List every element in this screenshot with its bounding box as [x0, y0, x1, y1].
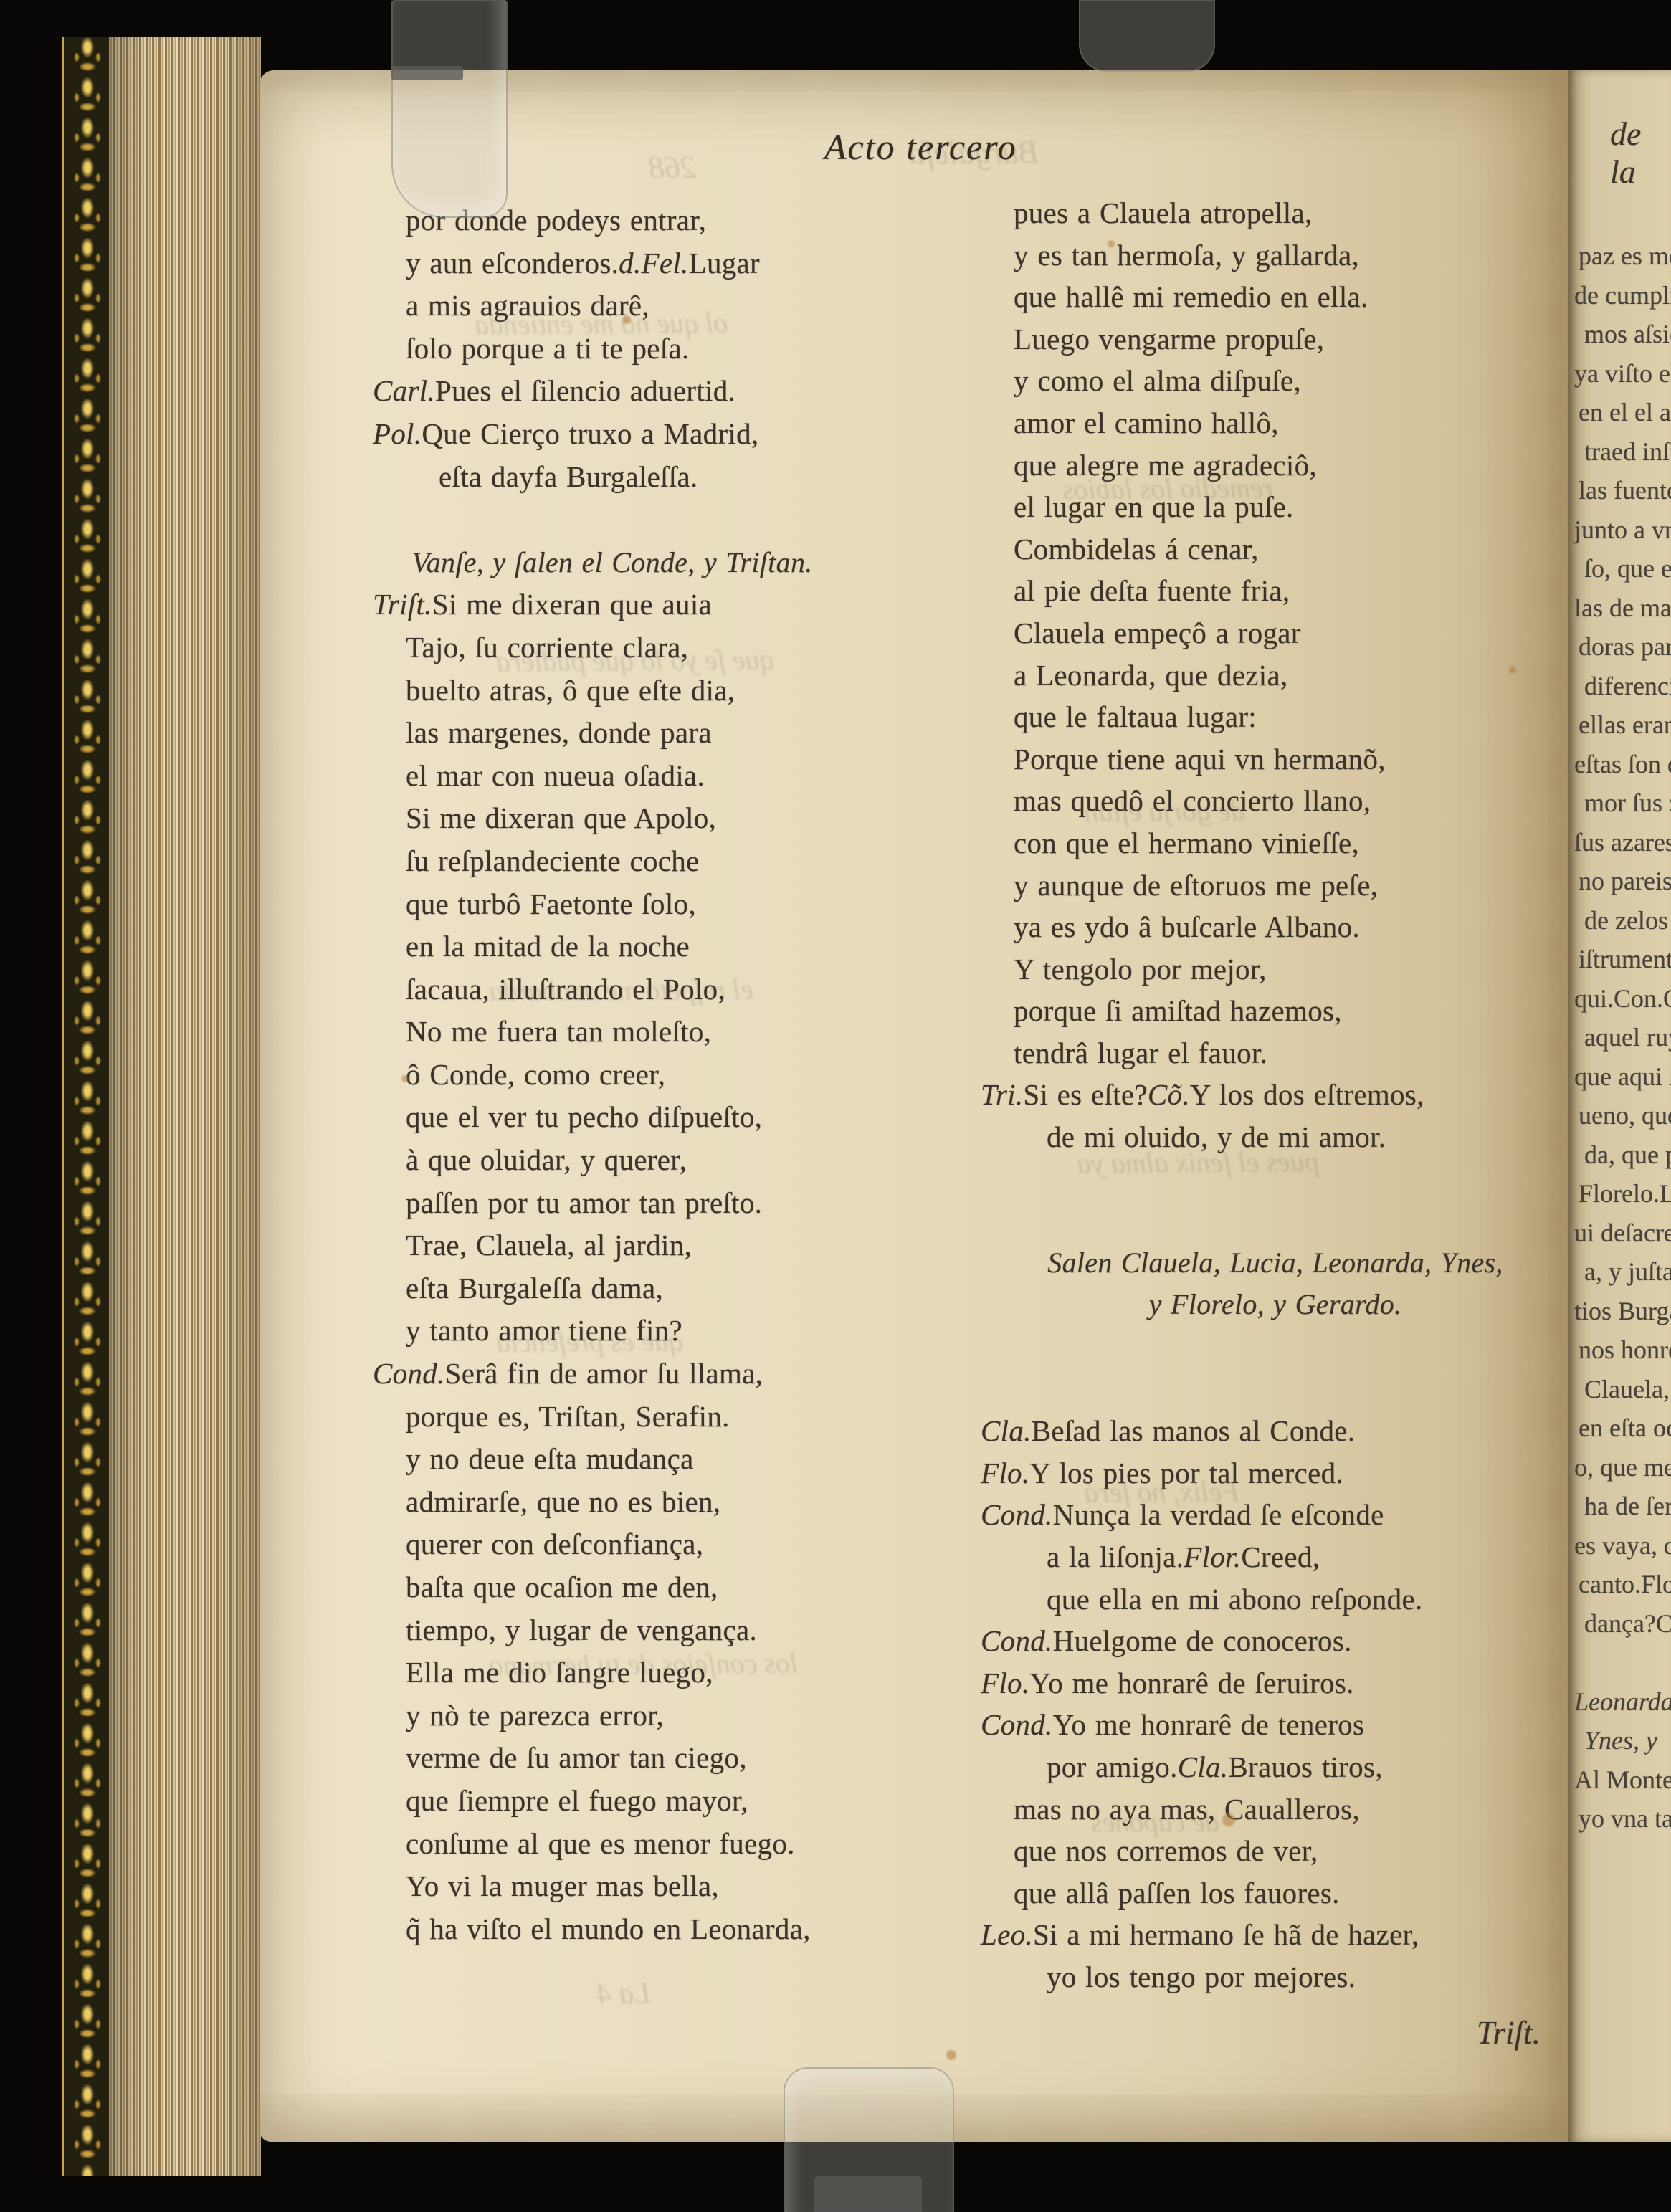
- facing-line-fragment: ellas eran de: [1579, 705, 1671, 745]
- facing-line-fragment: dança?Cla: [1584, 1604, 1671, 1644]
- facing-line-fragment: no pareis ta: [1579, 862, 1671, 901]
- facing-line-fragment: ueno, que d: [1579, 1096, 1671, 1135]
- facing-line-fragment: junto a vn: [1574, 510, 1671, 550]
- blank-line: [981, 1368, 1570, 1411]
- verse-line: Cond.Huelgome de conoceros.: [981, 1620, 1570, 1662]
- verse-line: Combidelas á cenar,: [981, 528, 1570, 571]
- verse-line: verme de ſu amor tan ciego,: [373, 1737, 852, 1780]
- verse-line: Y tengolo por mejor,: [981, 948, 1570, 991]
- verse-line: de mi oluido, y de mi amor.: [981, 1116, 1570, 1158]
- verse-line: a Leonarda, que dezia,: [981, 654, 1570, 697]
- facing-line-fragment: eſtas ſon de: [1574, 745, 1671, 784]
- facing-line-fragment: iſtrumento: [1579, 940, 1671, 979]
- verse-line: por amigo.Cla.Brauos tiros,: [981, 1746, 1570, 1788]
- verse-line: ya es ydo â buſcarle Albano.: [981, 906, 1570, 948]
- verse-line: eſta dayfa Burgaleſſa.: [373, 456, 852, 499]
- blank-line: [981, 1326, 1570, 1368]
- left-text-column: por donde podeys entrar,y aun eſconderos…: [373, 199, 852, 1950]
- verse-line: que el ver tu pecho diſpueſto,: [373, 1096, 852, 1139]
- facing-line-fragment: tios Burga: [1574, 1292, 1671, 1331]
- facing-line-fragment: mor ſus zel: [1584, 783, 1671, 823]
- facing-line-fragment: las de marm: [1574, 588, 1671, 628]
- verse-line: à que oluidar, y querer,: [373, 1139, 852, 1182]
- verse-line: paſſen por tu amor tan preſto.: [373, 1182, 852, 1225]
- book-page: 268Burgaleſaol que no me entiendaremedio…: [260, 70, 1568, 2142]
- verse-line: que ſiempre el fuego mayor,: [373, 1780, 852, 1823]
- verse-line: que le faltaua lugar:: [981, 696, 1570, 738]
- facing-line-fragment: traed inſtru: [1584, 432, 1671, 472]
- facing-line-fragment: Florelo.Le: [1579, 1174, 1671, 1214]
- verse-line: Tajo, ſu corriente clara,: [373, 626, 852, 669]
- facing-line-fragment: ya viſto el: [1574, 354, 1671, 394]
- verse-line: Cond.Yo me honrarê de teneros: [981, 1704, 1570, 1746]
- verse-line: porque ſi amiſtad hazemos,: [981, 990, 1570, 1032]
- facing-line-fragment: da, que por: [1584, 1135, 1671, 1175]
- verse-line: querer con deſconfiança,: [373, 1523, 852, 1566]
- glass-clamp-top-right: [1079, 0, 1215, 72]
- verse-line: buelto atras, ô que eſte dia,: [373, 669, 852, 712]
- verse-line: mas quedô el concierto llano,: [981, 780, 1570, 822]
- verse-line: a mis agrauios darê,: [373, 285, 852, 328]
- catchword: Triſt.: [1477, 2014, 1541, 2051]
- verse-line: que ella en mi abono reſponde.: [981, 1578, 1570, 1621]
- facing-line-fragment: Ynes, y: [1584, 1721, 1671, 1760]
- facing-line-fragment: ui deſacredi: [1574, 1214, 1671, 1253]
- right-text-column: pues a Clauela atropella,y es tan hermoſ…: [981, 192, 1570, 1998]
- bleedthrough-text: 268: [649, 149, 696, 186]
- clamp-metal-cap: [391, 66, 463, 80]
- verse-line: Trae, Clauela, al jardin,: [373, 1224, 852, 1267]
- verse-line: Pol.Que Cierço truxo a Madrid,: [373, 413, 852, 456]
- verse-line: conſume al que es menor fuego.: [373, 1823, 852, 1866]
- facing-line-fragment: diferencia lue: [1584, 667, 1671, 706]
- verse-line: ſu reſplandeciente coche: [373, 840, 852, 883]
- running-header: Acto tercero: [824, 126, 1017, 168]
- facing-line-fragment: qui.Con.Qu: [1574, 979, 1671, 1019]
- facing-line-fragment: de zelos v: [1584, 901, 1671, 940]
- verse-line: mas no aya mas, Caualleros,: [981, 1788, 1570, 1831]
- facing-page-strip: de la paz es mende cumplimos aſsientya v…: [1568, 70, 1671, 2142]
- blank-line: [981, 1158, 1570, 1201]
- verse-line: ô Conde, como creer,: [373, 1054, 852, 1097]
- facing-line-fragment: paz es men: [1579, 237, 1671, 276]
- facing-text-fragments: paz es mende cumplimos aſsientya viſto e…: [1568, 237, 1671, 1839]
- verse-line: las margenes, donde para: [373, 712, 852, 755]
- stage-direction: y Florelo, y Gerardo.: [981, 1284, 1570, 1326]
- verse-line: Triſt.Si me dixeran que auia: [373, 583, 852, 626]
- verse-line: amor el camino hallô,: [981, 402, 1570, 444]
- verse-line: y es tan hermoſa, y gallarda,: [981, 234, 1570, 277]
- verse-line: admirarſe, que no es bien,: [373, 1481, 852, 1524]
- verse-line: tendrâ lugar el fauor.: [981, 1032, 1570, 1074]
- facing-line-fragment: [1579, 1643, 1671, 1682]
- verse-line: q̃ ha viſto el mundo en Leonarda,: [373, 1908, 852, 1951]
- verse-line: Carl.Pues el ſilencio aduertid.: [373, 370, 852, 413]
- verse-line: y tanto amor tiene fin?: [373, 1310, 852, 1353]
- bleedthrough-text: La 4: [596, 1977, 651, 2012]
- blank-line: [373, 498, 852, 541]
- verse-line: en la mitad de la noche: [373, 925, 852, 968]
- verse-line: y como el alma diſpuſe,: [981, 360, 1570, 402]
- verse-line: que hallê mi remedio en ella.: [981, 276, 1570, 318]
- foxing-speck: [1509, 667, 1516, 674]
- facing-line-fragment: ha de ſer la: [1584, 1487, 1671, 1526]
- verse-line: No me fuera tan moleſto,: [373, 1011, 852, 1054]
- verse-line: Clauela empeçô a rogar: [981, 612, 1570, 654]
- foxing-speck: [946, 2050, 956, 2060]
- facing-line-fragment: ſo, que eſta: [1584, 549, 1671, 588]
- verse-line: eſta Burgaleſſa dama,: [373, 1267, 852, 1310]
- facing-line-fragment: Leonarda, y: [1574, 1682, 1671, 1722]
- glass-clamp-top-left: [391, 0, 508, 218]
- gilt-binding-edge: [62, 37, 113, 2176]
- verse-line: Tri.Si es eſte?Cõ.Y los dos eſtremos,: [981, 1074, 1570, 1116]
- blank-line: [981, 1200, 1570, 1242]
- facing-line-fragment: en el el arte: [1579, 393, 1671, 432]
- facing-line-fragment: Clauela, m: [1584, 1370, 1671, 1409]
- verse-line: ſacaua, illuſtrando el Polo,: [373, 968, 852, 1011]
- verse-line: el lugar en que la puſe.: [981, 486, 1570, 528]
- verse-line: Luego vengarme propuſe,: [981, 318, 1570, 361]
- verse-line: Cla.Beſad las manos al Conde.: [981, 1410, 1570, 1452]
- verse-line: yo los tengo por mejores.: [981, 1956, 1570, 1998]
- facing-line-fragment: en eſta oca: [1579, 1408, 1671, 1448]
- foxing-speck: [1108, 240, 1115, 247]
- verse-line: Flo.Y los pies por tal merced.: [981, 1452, 1570, 1494]
- verse-line: Flo.Yo me honrarê de ſeruiros.: [981, 1662, 1570, 1705]
- foxing-speck: [622, 315, 631, 324]
- verse-line: al pie deſta fuente fria,: [981, 570, 1570, 612]
- verse-line: Porque tiene aqui vn hermanõ,: [981, 738, 1570, 781]
- facing-line-fragment: a, y juſta o: [1584, 1252, 1671, 1292]
- verse-line: pues a Clauela atropella,: [981, 192, 1570, 234]
- facing-line-fragment: canto.Flo.Y: [1579, 1565, 1671, 1604]
- facing-line-fragment: ſus azares l: [1574, 823, 1671, 862]
- facing-line-fragment: Al Monte: [1574, 1760, 1671, 1800]
- book-photo: 268Burgaleſaol que no me entiendaremedio…: [0, 0, 1671, 2212]
- verse-line: ſolo porque a ti te peſa.: [373, 328, 852, 371]
- facing-line-fragment: yo vna ta: [1579, 1799, 1671, 1839]
- verse-line: que alegre me agradeciô,: [981, 444, 1570, 487]
- verse-line: y aun eſconderos.d.Fel.Lugar: [373, 242, 852, 285]
- verse-line: a la liſonja.Flor.Creed,: [981, 1536, 1570, 1578]
- verse-line: Cond.Serâ fin de amor ſu llama,: [373, 1353, 852, 1396]
- stage-direction: Vanſe, y ſalen el Conde, y Triſtan.: [373, 541, 852, 584]
- facing-running-header: de la: [1610, 115, 1671, 191]
- page-block-edge: [109, 37, 261, 2176]
- verse-line: con que el hermano vinieſſe,: [981, 822, 1570, 864]
- verse-line: que allâ paſſen los fauores.: [981, 1872, 1570, 1915]
- facing-line-fragment: mos aſsient: [1584, 315, 1671, 354]
- verse-line: Si me dixeran que Apolo,: [373, 797, 852, 840]
- verse-line: Yo vi la muger mas bella,: [373, 1865, 852, 1908]
- verse-line: baſta que ocaſion me den,: [373, 1566, 852, 1609]
- verse-line: y aunque de eſtoruos me peſe,: [981, 864, 1570, 907]
- stage-direction: Salen Clauela, Lucia, Leonarda, Ynes,: [981, 1242, 1570, 1284]
- foxing-speck: [401, 1075, 409, 1082]
- verse-line: Cond.Nunça la verdad ſe eſconde: [981, 1494, 1570, 1536]
- clamp-metal-foot: [814, 2176, 922, 2212]
- verse-line: el mar con nueua oſadia.: [373, 755, 852, 798]
- verse-line: y nò te parezca error,: [373, 1694, 852, 1737]
- verse-line: que turbô Faetonte ſolo,: [373, 883, 852, 926]
- verse-line: Leo.Si a mi hermano ſe hã de hazer,: [981, 1914, 1570, 1956]
- verse-line: porque es, Triſtan, Serafin.: [373, 1396, 852, 1439]
- facing-line-fragment: o, que me at: [1574, 1448, 1671, 1487]
- facing-line-fragment: que aqui ſe c: [1574, 1057, 1671, 1097]
- verse-line: que nos corremos de ver,: [981, 1830, 1570, 1872]
- facing-line-fragment: las fuentes:: [1579, 471, 1671, 510]
- verse-line: tiempo, y lugar de vengança.: [373, 1609, 852, 1652]
- foxing-speck: [1222, 1813, 1235, 1826]
- facing-line-fragment: aquel ruyſe: [1584, 1018, 1671, 1057]
- facing-line-fragment: doras para n: [1579, 627, 1671, 667]
- verse-line: y no deue eſta mudança: [373, 1438, 852, 1481]
- facing-line-fragment: nos honrei: [1579, 1330, 1671, 1370]
- verse-line: Ella me dio ſangre luego,: [373, 1651, 852, 1694]
- facing-line-fragment: de cumpli: [1574, 276, 1671, 315]
- facing-line-fragment: es vaya, que: [1574, 1526, 1671, 1565]
